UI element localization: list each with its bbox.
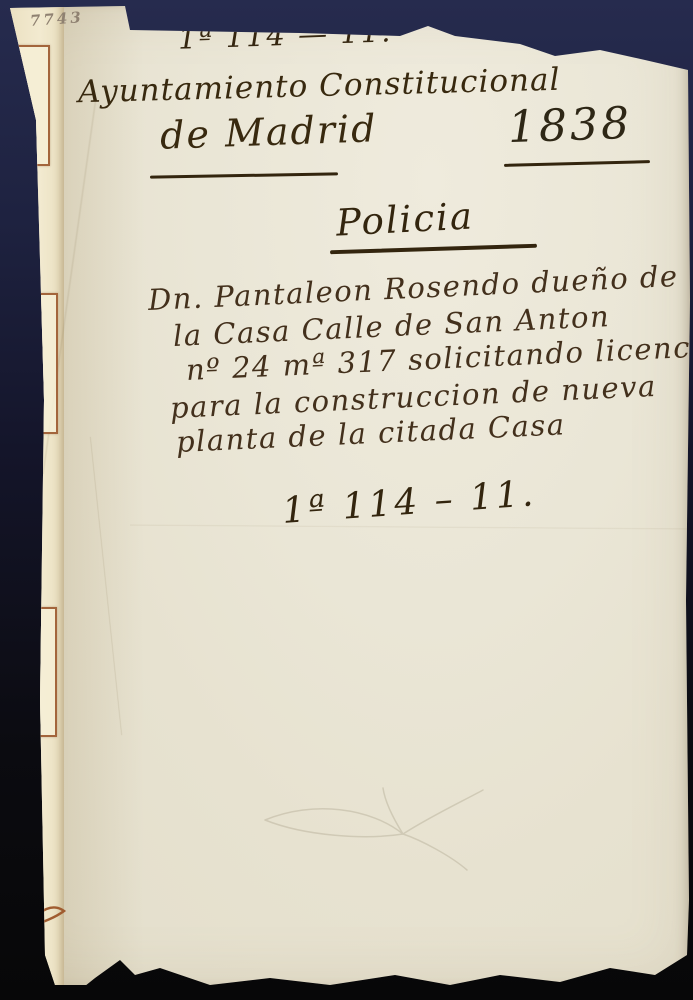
section-title-policia: Policia (335, 194, 475, 244)
archive-number-pencil: 7743 (29, 8, 84, 30)
heading-underline (150, 172, 338, 178)
year-label: 1838 (507, 98, 633, 153)
institution-heading-line2: de Madrid (159, 106, 378, 158)
paper-crease (130, 524, 690, 530)
section-title-underline (330, 244, 537, 255)
top-reference-number: 1ª 114 — 11. (177, 14, 392, 55)
binding-thread (28, 899, 70, 931)
center-reference-number: 1ª 114 – 11. (281, 473, 538, 532)
scanned-document-photo: 7743 1ª 114 — 11. Ayuntamiento Constituc… (0, 0, 693, 1000)
binding-stitch-mark (17, 607, 57, 737)
binding-stitch-mark (16, 293, 58, 434)
spine-fold-shadow (64, 6, 144, 985)
manuscript-cover-page: 7743 1ª 114 — 11. Ayuntamiento Constituc… (10, 6, 690, 985)
faint-pencil-flourish (253, 778, 493, 878)
institution-heading-line1: Ayuntamiento Constitucional (78, 62, 561, 111)
year-underline (504, 160, 650, 167)
binding-stitch-mark (12, 45, 50, 166)
